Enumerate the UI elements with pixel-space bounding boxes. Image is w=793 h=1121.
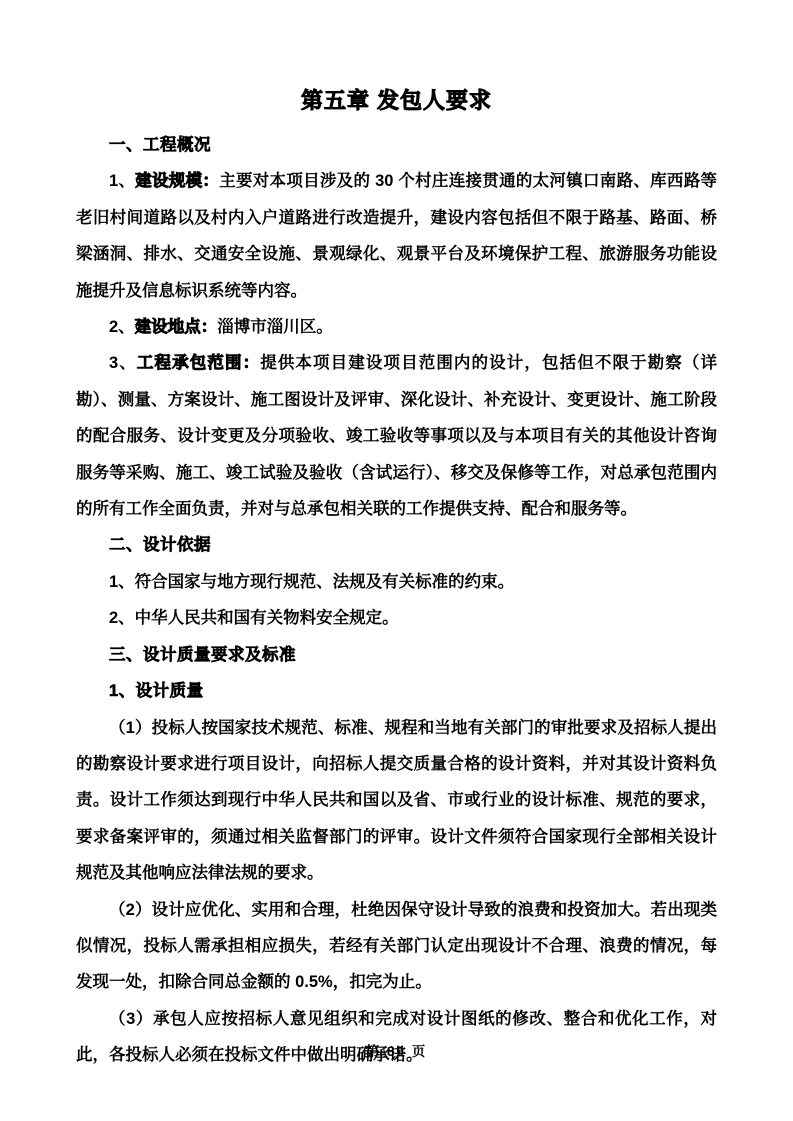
paragraph: 1、建设规模：主要对本项目涉及的 30 个村庄连接贯通的太河镇口南路、库西路等老…	[76, 163, 717, 309]
paragraph-prefix: 1、	[109, 172, 135, 190]
paragraph-text: 一、工程概况	[109, 136, 211, 154]
paragraph-prefix: 2、	[109, 318, 135, 336]
paragraph-text: （2）设计应优化、实用和合理，杜绝因保守设计导致的浪费和投资加大。若出现类似情况…	[76, 901, 717, 992]
paragraph: 1、符合国家与地方现行规范、法规及有关标准的约束。	[76, 564, 717, 600]
section-heading: 一、工程概况	[76, 127, 717, 163]
paragraph-label: 工程承包范围：	[137, 354, 260, 372]
paragraph-text: 三、设计质量要求及标准	[109, 646, 296, 664]
paragraph-prefix: 3、	[109, 354, 137, 372]
document-page: 第五章 发包人要求 一、工程概况1、建设规模：主要对本项目涉及的 30 个村庄连…	[0, 0, 793, 1121]
section-heading: 二、设计依据	[76, 527, 717, 563]
paragraph-label: 建设规模：	[135, 172, 219, 190]
paragraph-text: 1、设计质量	[109, 682, 204, 700]
paragraph: 3、工程承包范围：提供本项目建设项目范围内的设计，包括但不限于勘察（详勘）、测量…	[76, 345, 717, 527]
document-body: 一、工程概况1、建设规模：主要对本项目涉及的 30 个村庄连接贯通的太河镇口南路…	[0, 127, 793, 1074]
paragraph-text: 1、符合国家与地方现行规范、法规及有关标准的约束。	[109, 573, 514, 591]
paragraph-text: 主要对本项目涉及的 30 个村庄连接贯通的太河镇口南路、库西路等老旧村间道路以及…	[76, 172, 717, 299]
page-number: 第 80 页	[0, 1040, 793, 1060]
paragraph: 2、建设地点：淄博市淄川区。	[76, 309, 717, 345]
paragraph-label: 建设地点：	[135, 318, 218, 336]
section-heading: 1、设计质量	[76, 673, 717, 709]
paragraph: （3）承包人应按招标人意见组织和完成对设计图纸的修改、整合和优化工作，对此，各投…	[76, 1001, 717, 1074]
chapter-title: 第五章 发包人要求	[0, 0, 793, 114]
paragraph-text: （1）投标人按国家技术规范、标准、规程和当地有关部门的审批要求及招标人提出的勘察…	[76, 719, 717, 883]
paragraph-text: 提供本项目建设项目范围内的设计，包括但不限于勘察（详勘）、测量、方案设计、施工图…	[76, 354, 717, 518]
paragraph-text: 淄博市淄川区。	[217, 318, 333, 336]
paragraph: （1）投标人按国家技术规范、标准、规程和当地有关部门的审批要求及招标人提出的勘察…	[76, 710, 717, 892]
section-heading: 三、设计质量要求及标准	[76, 637, 717, 673]
paragraph: （2）设计应优化、实用和合理，杜绝因保守设计导致的浪费和投资加大。若出现类似情况…	[76, 892, 717, 1001]
paragraph-text: 二、设计依据	[109, 536, 211, 554]
paragraph: 2、中华人民共和国有关物料安全规定。	[76, 600, 717, 636]
paragraph-text: 2、中华人民共和国有关物料安全规定。	[109, 609, 399, 627]
